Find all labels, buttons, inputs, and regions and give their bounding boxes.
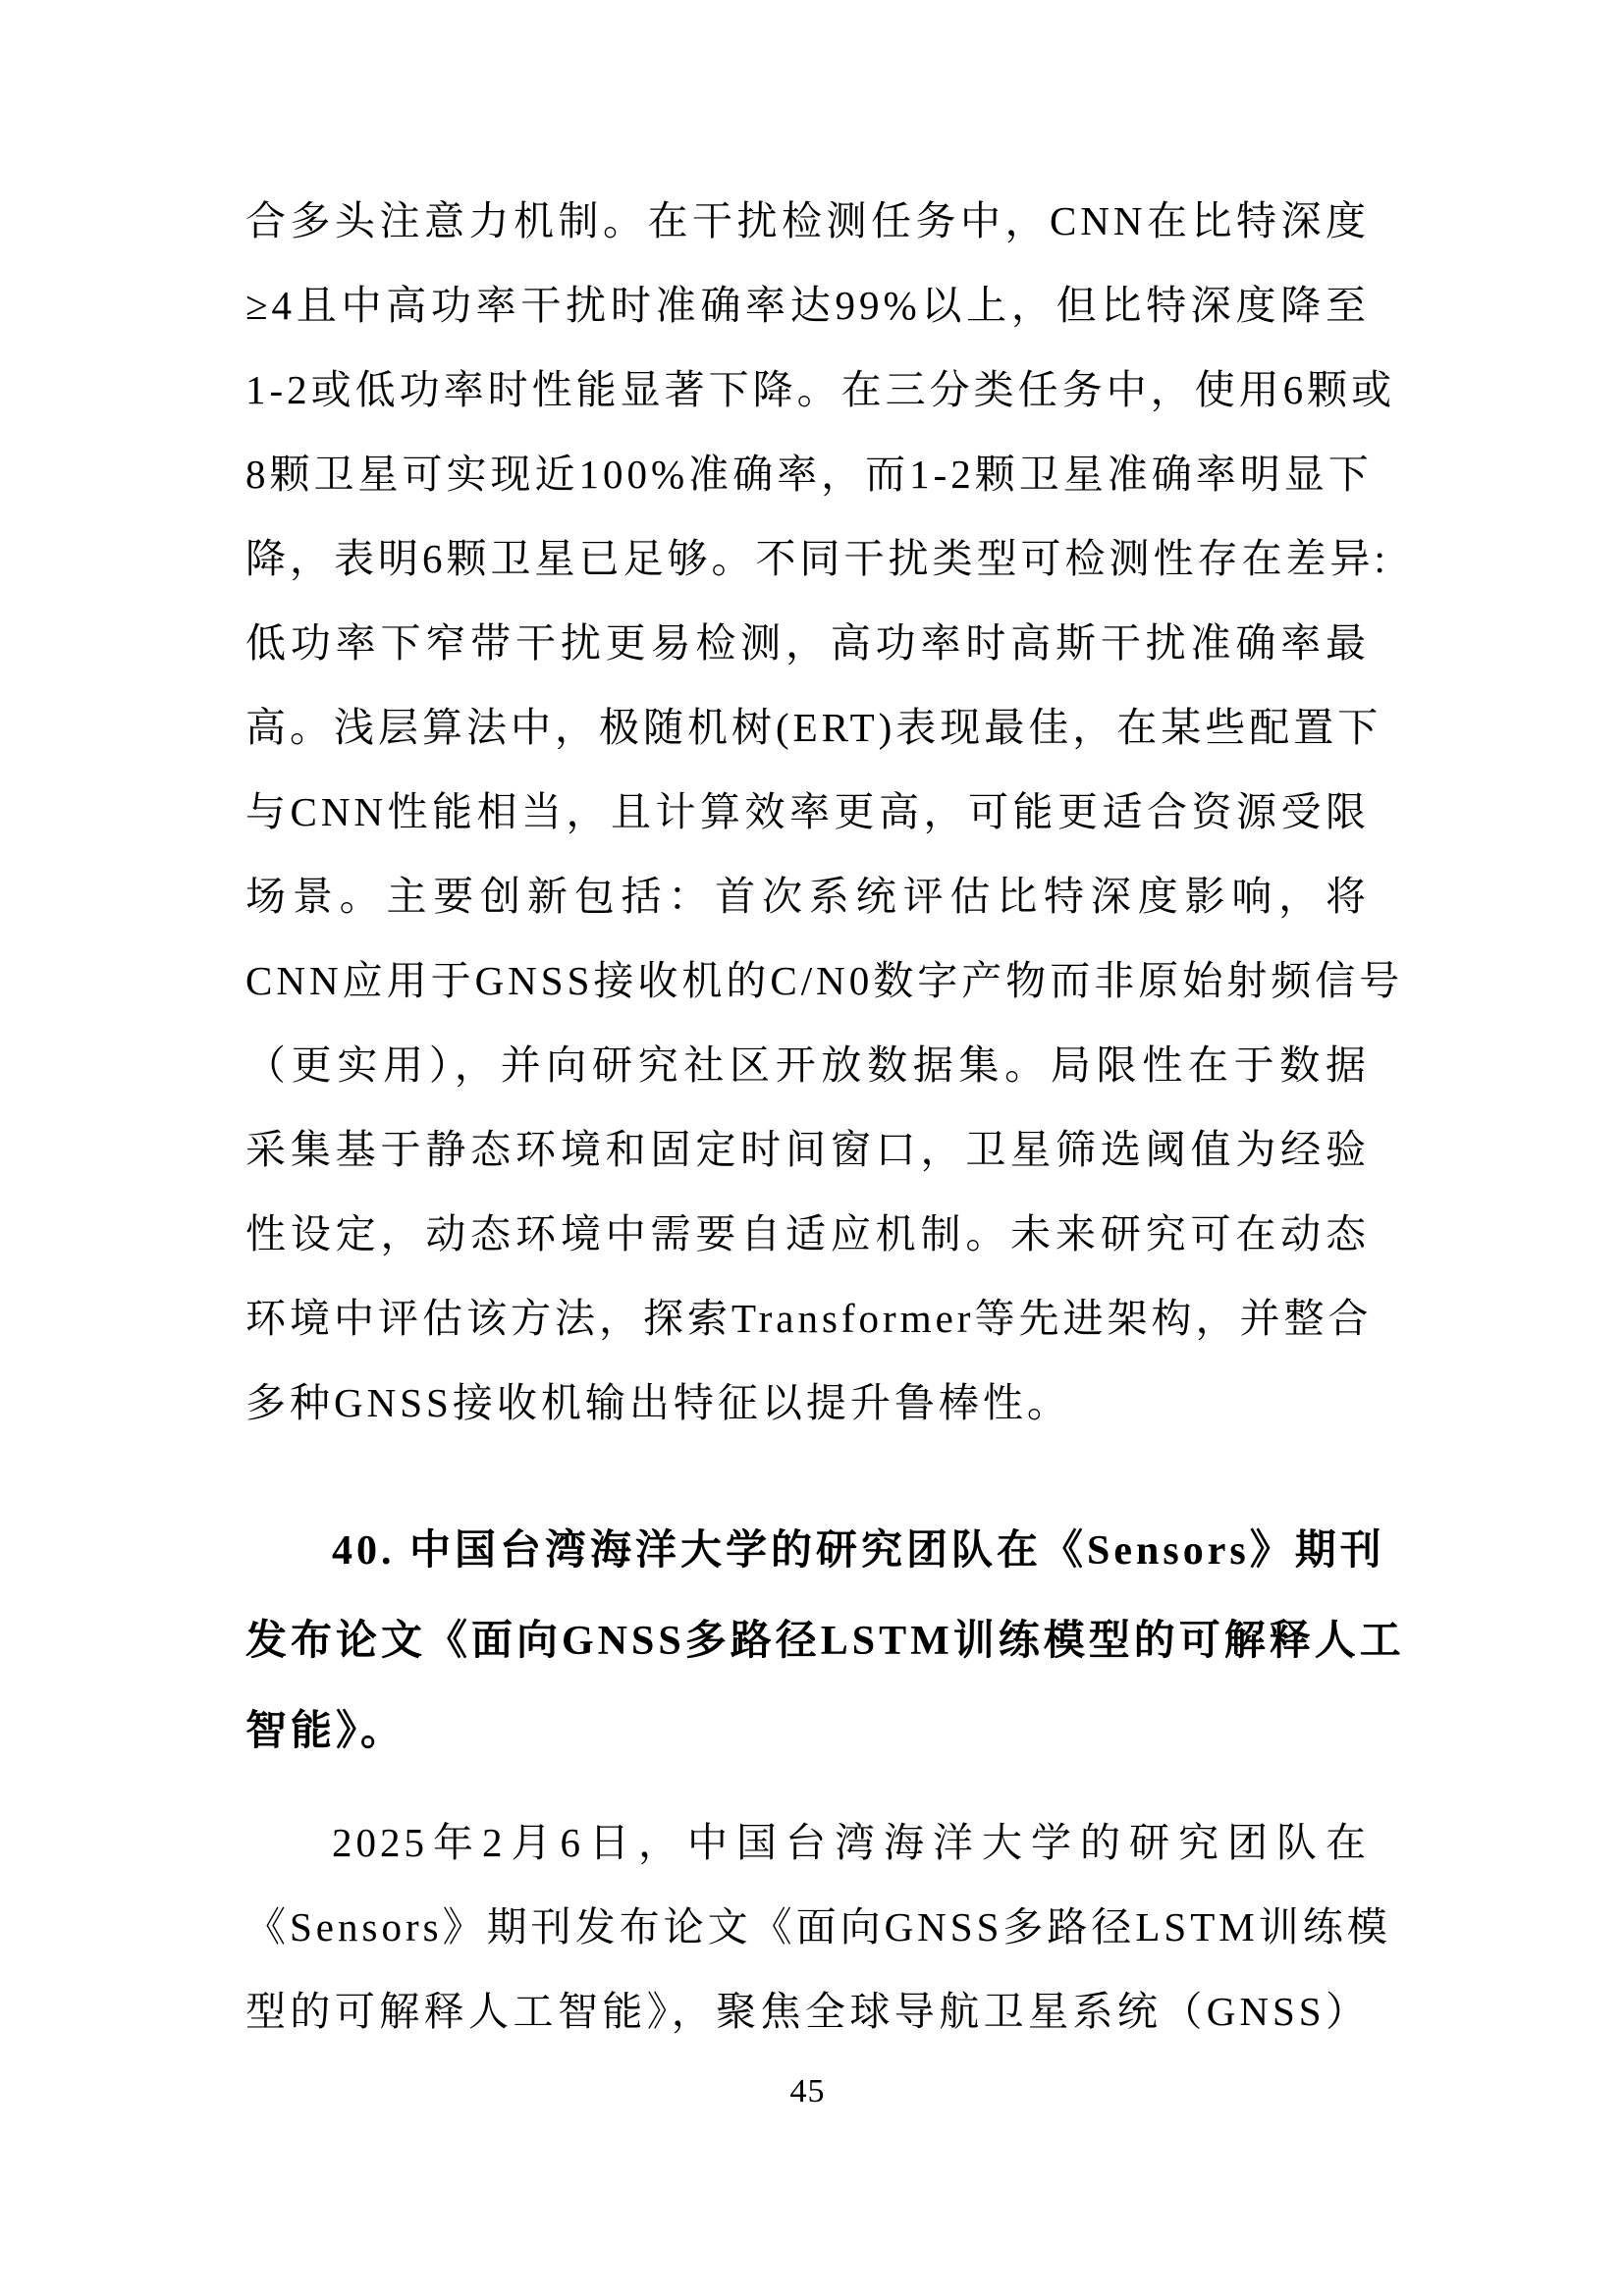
- section-heading-40: 40. 中国台湾海洋大学的研究团队在《Sensors》期刊 发布论文《面向GNS…: [245, 1506, 1370, 1777]
- text-line: 合多头注意力机制。在干扰检测任务中，CNN在比特深度: [245, 179, 1370, 263]
- text-line: 与CNN性能相当，且计算效率更高，可能更适合资源受限: [245, 770, 1370, 854]
- text-line: 2025年2月6日，中国台湾海洋大学的研究团队在: [245, 1800, 1370, 1885]
- text-line: 性设定，动态环境中需要自适应机制。未来研究可在动态: [245, 1192, 1370, 1276]
- document-page: 合多头注意力机制。在干扰检测任务中，CNN在比特深度 ≥4且中高功率干扰时准确率…: [0, 0, 1624, 2296]
- text-line: 1-2或低功率时性能显著下降。在三分类任务中，使用6颗或: [245, 347, 1370, 432]
- text-line: 高。浅层算法中，极随机树(ERT)表现最佳，在某些配置下: [245, 685, 1370, 770]
- text-line: CNN应用于GNSS接收机的C/N0数字产物而非原始射频信号: [245, 938, 1370, 1023]
- text-line: 场景。主要创新包括：首次系统评估比特深度影响，将: [245, 854, 1370, 938]
- paragraph-continuation: 合多头注意力机制。在干扰检测任务中，CNN在比特深度 ≥4且中高功率干扰时准确率…: [245, 179, 1370, 1445]
- page-number: 45: [245, 2069, 1370, 2113]
- text-line: 环境中评估该方法，探索Transformer等先进架构，并整合: [245, 1276, 1370, 1361]
- heading-line: 40. 中国台湾海洋大学的研究团队在《Sensors》期刊: [245, 1506, 1370, 1596]
- text-line: 《Sensors》期刊发布论文《面向GNSS多路径LSTM训练模: [245, 1885, 1370, 1969]
- text-line: 多种GNSS接收机输出特征以提升鲁棒性。: [245, 1361, 1370, 1445]
- text-line: 8颗卫星可实现近100%准确率，而1-2颗卫星准确率明显下: [245, 432, 1370, 516]
- text-line: 降，表明6颗卫星已足够。不同干扰类型可检测性存在差异:: [245, 516, 1370, 601]
- text-line: 采集基于静态环境和固定时间窗口，卫星筛选阈值为经验: [245, 1107, 1370, 1192]
- text-line: ≥4且中高功率干扰时准确率达99%以上，但比特深度降至: [245, 263, 1370, 347]
- text-line: （更实用），并向研究社区开放数据集。局限性在于数据: [245, 1023, 1370, 1107]
- heading-line: 发布论文《面向GNSS多路径LSTM训练模型的可解释人工: [245, 1596, 1370, 1686]
- text-line: 低功率下窄带干扰更易检测，高功率时高斯干扰准确率最: [245, 601, 1370, 685]
- text-line: 型的可解释人工智能》，聚焦全球导航卫星系统（GNSS）: [245, 1969, 1370, 2054]
- heading-line: 智能》。: [245, 1686, 1370, 1777]
- paragraph-intro: 2025年2月6日，中国台湾海洋大学的研究团队在 《Sensors》期刊发布论文…: [245, 1800, 1370, 2054]
